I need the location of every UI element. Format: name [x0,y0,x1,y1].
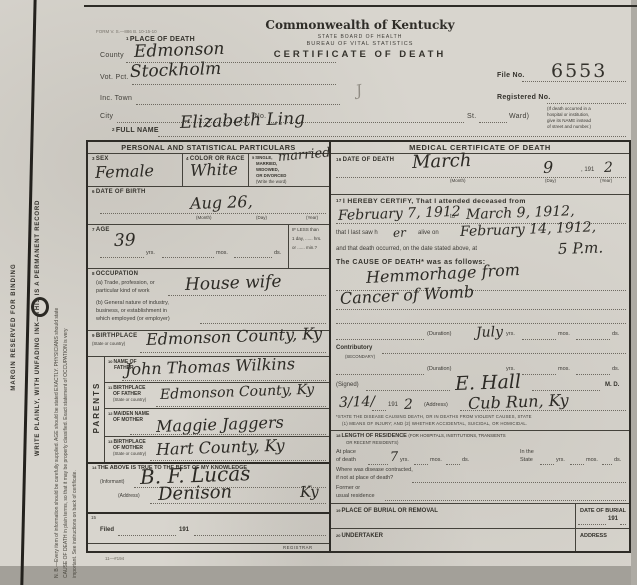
res-ds-label: ds. [462,457,469,463]
city-ward-label: Ward) [509,113,529,120]
certify-saw-pre: that I last saw h [336,230,378,236]
rule [88,512,329,514]
inc-town-leader [136,103,340,105]
sign-year-hw: 2 [404,397,413,413]
md-label: M. D. [605,382,619,388]
registered-no-label: Registered No. [497,94,551,101]
rule [88,224,329,225]
former-residence-leader [385,499,626,501]
dob-year-sublabel: (Year) [306,215,318,220]
burial-date-label: DATE OF BURIAL [580,508,626,514]
age-mos-label: mos. [216,250,228,256]
sign-date-leader [372,409,386,411]
age-leader [100,256,144,258]
registered-no-leader [547,102,626,104]
res-leader [446,463,460,465]
margin-nb-line1: N. B.—Every item of information should b… [54,10,60,578]
birthplace-value: Edmonson County, Ky [146,324,323,349]
state-leader [540,463,554,465]
contrib-duration-ds: ds. [612,366,619,372]
contrib-duration-mos: mos. [558,366,570,372]
certify-death-time: 5 P.m. [558,238,604,258]
father-birthplace-sublabel: (State or country) [113,397,146,402]
duration-yrs-label: yrs. [506,331,515,337]
dod-month-sublabel: (Month) [450,178,466,183]
bottom-scan-edge [0,566,637,585]
contrib-duration-leader [522,373,556,375]
informant-label: (Informant) [100,479,124,485]
if-less-line3: or ...... min.? [292,245,317,250]
dob-day-sublabel: (Day) [256,215,267,220]
occupation-b-line3: which employed (or employer) [96,316,170,322]
margin-nb-line2: CAUSE OF DEATH in plain terms, so that i… [63,10,69,578]
medical-section-title: MEDICAL CERTIFICATE OF DEATH [331,143,629,152]
contrib-duration-leader [336,373,424,375]
marital-label-line1: 5SINGLE, [252,155,272,160]
certify-saw-date: February 14, 1912, [460,219,597,240]
cause-line2-value: Cancer of Womb [340,282,475,308]
table-border-left [86,140,88,553]
duration-leader [576,338,610,340]
mother-name-label-line2: OF MOTHER [113,417,143,423]
rule [88,543,329,544]
where-contracted-line1: Where was disease contracted, [336,467,413,473]
rule [104,356,105,462]
date-of-death-leader [336,176,626,178]
marital-value: married [277,145,331,165]
age-leader [234,256,272,258]
if-less-line2: 1 day, ...... hrs. [292,236,321,241]
city-label: City [100,113,113,120]
state-leader [570,463,584,465]
date-of-death-day: 9 [543,158,554,177]
mother-name-leader [130,433,326,435]
rule [331,194,629,195]
duration-leader [336,338,424,340]
burial-date-leader2 [620,523,626,525]
marital-label-line5: (Write the word) [256,179,286,184]
informant-address-state: Ky [300,482,319,501]
rule [104,436,329,437]
rule [88,268,329,269]
where-contracted-leader [412,481,626,483]
dod-year-sublabel: (Year) [600,178,612,183]
top-edge-line [84,5,637,7]
cause-footnote-line2: (1) MEANS OF INJURY; AND (2) WHETHER ACC… [342,421,527,426]
father-name-leader [122,379,326,381]
residence-label: 18LENGTH OF RESIDENCE (FOR HOSPITALS, IN… [336,433,506,439]
rule [331,430,629,431]
table-border-right [629,140,631,553]
burial-label: 19PLACE OF BURIAL OR REMOVAL [336,508,438,514]
dob-month-sublabel: (Month) [196,215,212,220]
rule [331,153,629,154]
contributory-label: Contributory [336,345,372,351]
cause-leader3 [336,322,626,324]
mother-birthplace-value: Hart County, Ky [156,436,285,459]
marital-label-line2: MARRIED, [256,161,277,166]
marital-label-line3: WIDOWED, [256,167,279,172]
precinct-value: Stockholm [130,59,222,82]
age-ds-label: ds. [274,250,281,256]
certify-saw-mid: alive on [418,230,439,236]
burial-date-leader [578,523,606,525]
in-state-line1: In the [520,449,534,455]
rule [331,503,629,504]
rule [575,503,576,551]
dob-label: 6DATE OF BIRTH [92,189,146,195]
dob-leader [100,212,326,214]
hospital-note-line3: give its NAME instead [547,118,591,123]
duration-mos-label: mos. [558,331,570,337]
file-no-value: 6553 [551,60,607,82]
occupation-a-line2: particular kind of work [96,288,150,294]
date-of-death-label: 16DATE OF DEATH [336,157,394,163]
sign-address-label: (Address) [424,402,448,408]
registrar-label: REGISTRAR [283,545,313,550]
father-birthplace-leader [156,405,326,407]
certify-saw-hw: er [393,226,406,240]
secondary-sublabel: (SECONDARY) [345,354,375,359]
occupation-b-line1: (b) General nature of industry, [96,300,169,306]
age-leader [162,256,214,258]
full-name-leader [158,135,626,137]
informant-address-label: (Address) [118,493,140,499]
father-name-value: John Thomas Wilkins [125,354,296,379]
physician-signature: E. Hall [455,371,522,395]
state-mos-label: mos. [586,457,598,463]
certify-from-date: February 7, 1912 [338,204,461,224]
sign-date-value: 3/14/ [339,394,376,411]
city-st-label: St. [467,113,476,120]
filed-leader2 [194,534,326,536]
father-birthplace-value: Edmonson County, Ky [160,382,315,403]
informant-address-leader [150,502,326,504]
occupation-b-line2: business, or establishment in [96,308,167,314]
age-yrs-label: yrs. [146,250,155,256]
at-place-line2: of death [336,457,356,463]
city-st-leader [479,121,507,123]
bureau-subtitle: BUREAU OF VITAL STATISTICS [240,41,480,47]
signed-leader1 [366,389,450,391]
sign-address-leader [460,409,626,411]
certificate-title: CERTIFICATE OF DEATH [220,49,500,60]
filed-label: Filed [100,527,114,533]
table-center-divider [329,140,331,553]
occupation-value: House wife [185,272,282,295]
margin-permanent-record-text: WRITE PLAINLY, WITH UNFADING INK—THIS IS… [35,108,41,548]
precinct-label: Vot. Pct. [100,74,129,81]
date-of-death-year-printed: , 191 [581,167,594,173]
margin-nb-line3: important. See instructions on back of c… [72,10,78,578]
file-no-label: File No. [497,72,525,79]
birthplace-label: 9BIRTHPLACE [92,333,137,339]
in-state-line2: State [520,457,533,463]
at-place-line1: At place [336,449,356,455]
if-less-line1: IF LESS than [292,227,319,232]
certify-to-word: to [450,214,455,220]
table-border-top [86,140,631,142]
parents-vertical-label: PARENTS [92,359,101,456]
duration-ds-label: ds. [612,331,619,337]
sex-label: 3SEX [92,156,109,162]
age-value: 39 [114,230,136,251]
signed-label: (Signed) [336,382,359,388]
stray-pen-mark: J [354,81,364,100]
state-ds-label: ds. [614,457,621,463]
sex-value: Female [95,161,155,182]
rule [88,186,329,187]
precinct-leader [132,83,336,85]
date-of-death-month: March [412,150,472,173]
county-label: County [100,52,124,59]
table-border-bottom [86,551,631,553]
contributory-leader [382,352,626,354]
rule [248,153,249,186]
commonwealth-title: Commonwealth of Kentucky [240,18,480,32]
burial-date-year: 191 [608,516,618,522]
contrib-duration-label: (Duration) [427,366,451,372]
full-name-value: Elizabeth Ling [180,109,306,133]
dod-day-sublabel: (Day) [545,178,556,183]
residence-sublabel2: OR RECENT RESIDENTS) [346,440,398,445]
race-value: White [190,159,238,180]
occupation-a-line1: (a) Trade, profession, or [96,280,155,286]
full-name-label: 2FULL NAME [112,127,159,134]
filed-leader1 [118,534,176,536]
filed-year: 191 [179,527,189,533]
birthplace-leader [140,351,326,353]
inc-town-label: Inc. Town [100,95,132,102]
rule [104,408,329,409]
former-residence-line2: usual residence [336,493,375,499]
form-small-number: 11—#194 [105,556,124,561]
duration-label: (Duration) [427,331,451,337]
hospital-note-line2: hospital or institution, [547,112,589,117]
rule [288,224,289,268]
filed-row-number: 15 [91,515,96,520]
rule [331,528,629,529]
certify-death-line: and that death occurred, on the date sta… [336,246,477,252]
hospital-note-line1: (If death occurred in a [547,106,591,111]
date-of-death-year-hw: 2 [604,160,613,176]
occupation-label: 8OCCUPATION [92,271,138,277]
state-leader [602,463,612,465]
margin-binding-text: MARGIN RESERVED FOR BINDING [11,172,17,482]
state-board-subtitle: STATE BOARD OF HEALTH [240,34,480,40]
duration-value: July [476,324,504,341]
right-scan-edge [631,0,637,585]
age-label: 7AGE [92,227,110,233]
mother-birthplace-sublabel: (State or country) [113,451,146,456]
res-yrs-label: yrs. [400,457,409,463]
form-code: FORM V. S.—886 B. 10-15-10 [96,29,157,34]
birthplace-sublabel: (State or country) [92,341,125,346]
occupation-a-leader [168,294,326,296]
state-yrs-label: yrs. [556,457,565,463]
undertaker-address-label: ADDRESS [580,533,607,539]
hospital-note-line4: of street and number.) [547,124,591,129]
marital-label-line4: OR DIVORCED [256,173,286,178]
sign-year-printed: 191 [388,402,398,408]
undertaker-label: 20UNDERTAKER [336,533,383,539]
res-mos-label: mos. [430,457,442,463]
residence-years-value: 7 [390,450,399,465]
cause-leader2 [336,308,626,310]
res-leader [414,463,428,465]
rule [182,153,183,186]
duration-leader [522,338,556,340]
former-residence-line1: Former or [336,485,360,491]
cause-footnote-line1: *STATE THE DISEASE CAUSING DEATH, OR IN … [336,414,532,419]
death-certificate-scan: MARGIN RESERVED FOR BINDING WRITE PLAINL… [0,0,637,585]
contrib-duration-leader [576,373,610,375]
dob-value: Aug 26, [190,192,253,213]
where-contracted-line2: if not at place of death? [336,475,393,481]
res-leader [368,463,388,465]
